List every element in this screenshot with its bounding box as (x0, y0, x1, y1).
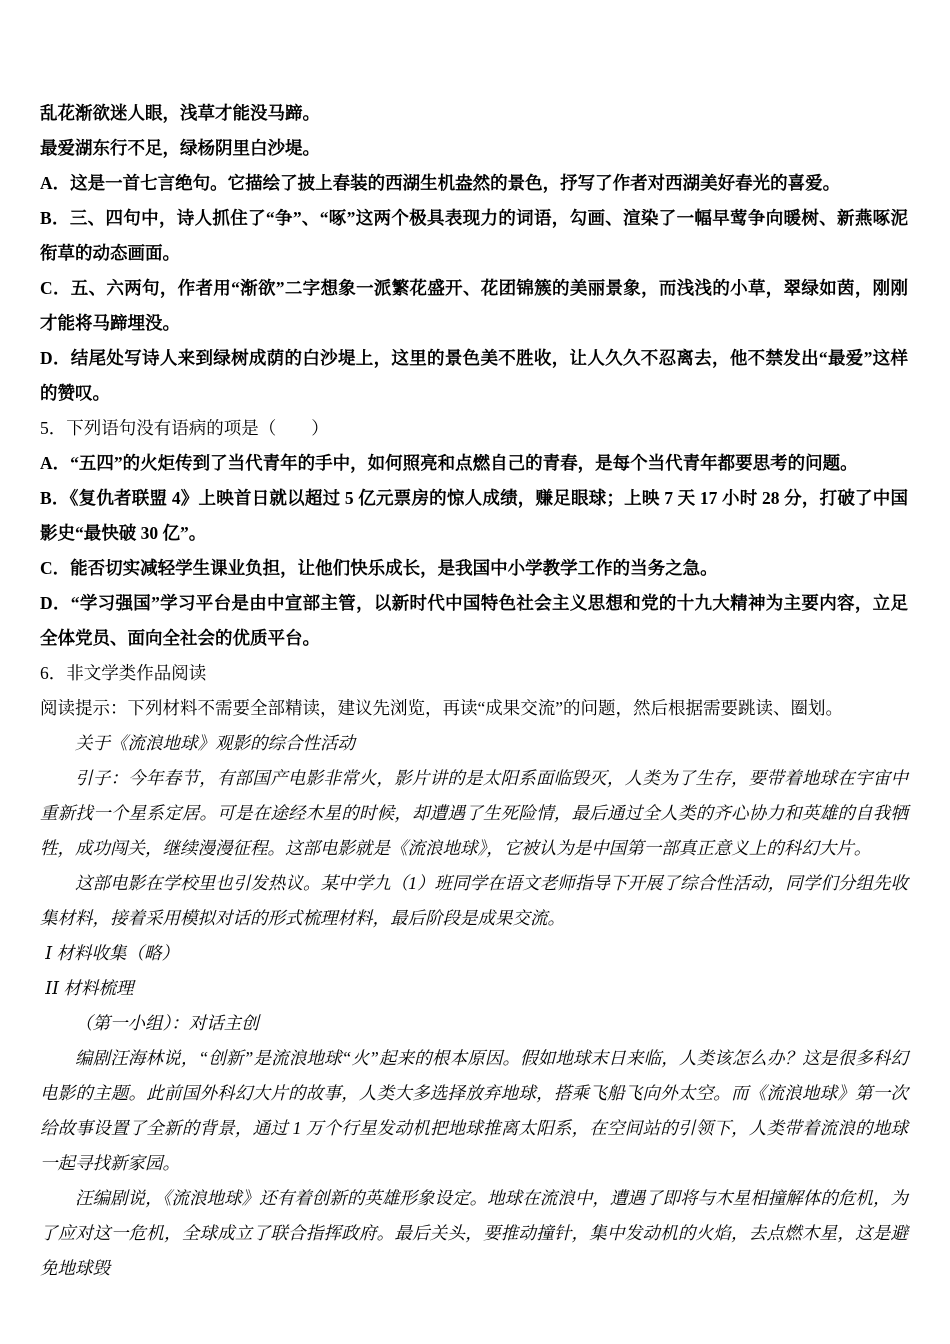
q5-option-c: C．能否切实减轻学生课业负担，让他们快乐成长，是我国中小学教学工作的当务之急。 (40, 551, 908, 586)
q5-option-d: D．“学习强国”学习平台是由中宣部主管，以新时代中国特色社会主义思想和党的十九大… (40, 586, 908, 656)
q4-option-a: A．这是一首七言绝句。它描绘了披上春装的西湖生机盎然的景色，抒写了作者对西湖美好… (40, 166, 908, 201)
q4-option-c: C．五、六两句，作者用“渐欲”二字想象一派繁花盛开、花团锦簇的美丽景象，而浅浅的… (40, 271, 908, 341)
q5-option-b: B．《复仇者联盟 4》上映首日就以超过 5 亿元票房的惊人成绩，赚足眼球；上映 … (40, 481, 908, 551)
q6-reading-hint: 阅读提示：下列材料不需要全部精读，建议先浏览，再读“成果交流”的问题，然后根据需… (40, 691, 908, 726)
material-section-1-heading: Ⅰ 材料收集（略） (40, 936, 908, 971)
q4-option-b: B．三、四句中，诗人抓住了“争”、“啄”这两个极具表现力的词语，勾画、渲染了一幅… (40, 201, 908, 271)
exam-page: 乱花渐欲迷人眼，浅草才能没马蹄。 最爱湖东行不足，绿杨阴里白沙堤。 A．这是一首… (0, 0, 950, 1344)
material-section-2-heading: ⅠⅠ 材料梳理 (40, 971, 908, 1006)
material-school-paragraph: 这部电影在学校里也引发热议。某中学九（1）班同学在语文老师指导下开展了综合性活动… (40, 866, 908, 936)
q6-heading: 6．非文学类作品阅读 (40, 656, 908, 691)
poem-line-1: 乱花渐欲迷人眼，浅草才能没马蹄。 (40, 96, 908, 131)
material-screenwriter-paragraph-1: 编剧汪海林说，“创新”是流浪地球“火”起来的根本原因。假如地球末日来临，人类该怎… (40, 1041, 908, 1181)
q5-option-a: A．“五四”的火炬传到了当代青年的手中，如何照亮和点燃自己的青春，是每个当代青年… (40, 446, 908, 481)
material-screenwriter-paragraph-2: 汪编剧说，《流浪地球》还有着创新的英雄形象设定。地球在流浪中，遭遇了即将与木星相… (40, 1181, 908, 1286)
q4-option-d: D．结尾处写诗人来到绿树成荫的白沙堤上，这里的景色美不胜收，让人久久不忍离去，他… (40, 341, 908, 411)
material-intro-paragraph: 引子：今年春节，有部国产电影非常火，影片讲的是太阳系面临毁灭，人类为了生存，要带… (40, 761, 908, 866)
material-group-1-heading: （第一小组）：对话主创 (40, 1006, 908, 1041)
poem-line-2: 最爱湖东行不足，绿杨阴里白沙堤。 (40, 131, 908, 166)
material-title: 关于《流浪地球》观影的综合性活动 (40, 726, 908, 761)
q5-stem: 5．下列语句没有语病的项是（ ） (40, 411, 908, 446)
